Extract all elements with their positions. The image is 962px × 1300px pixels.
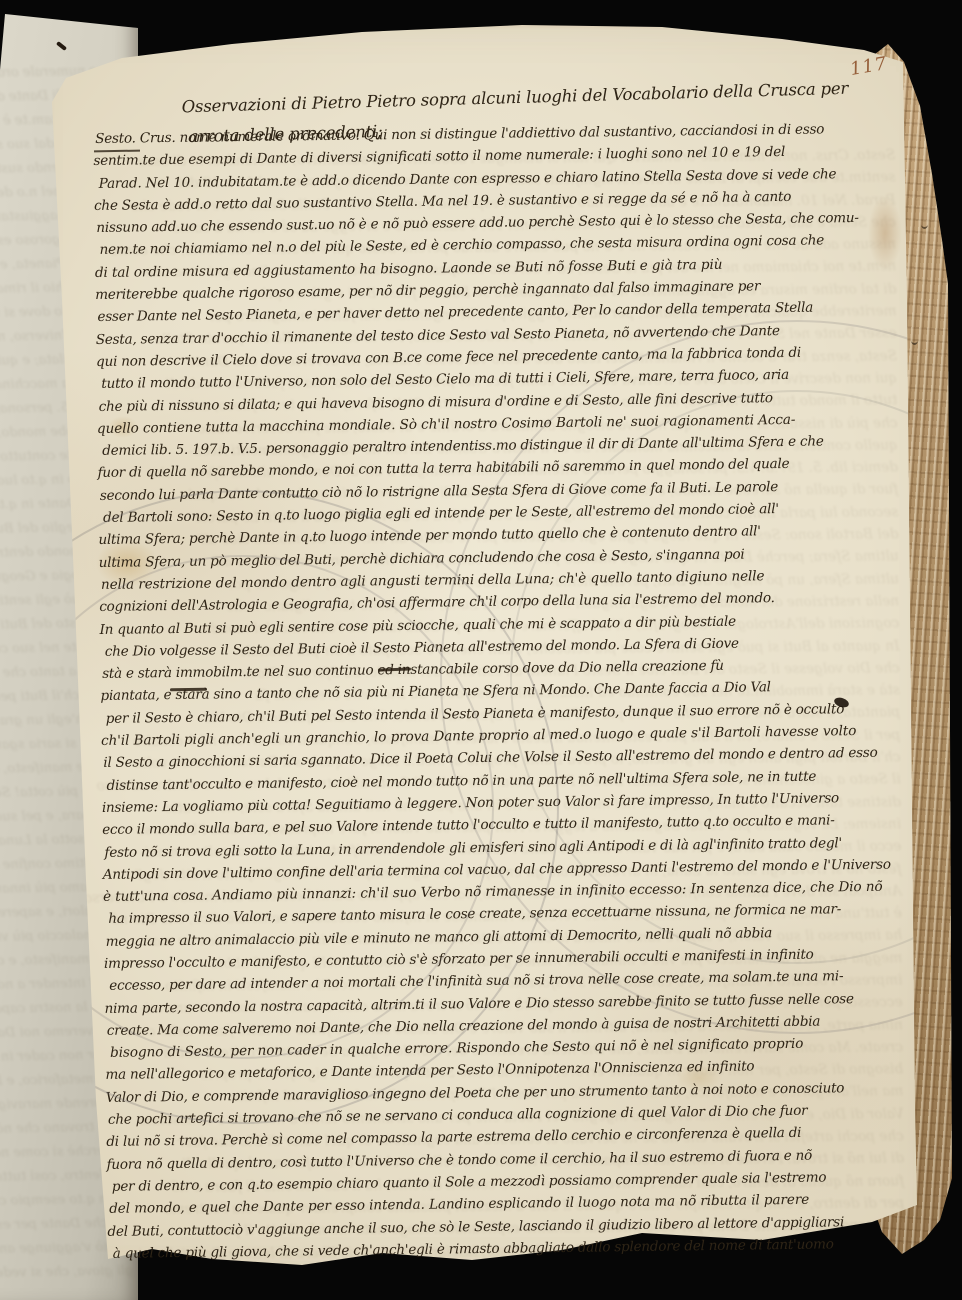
manuscript-text: Sesto. Crus. nome numerale ordinativo. Q… [93, 117, 938, 1265]
margin-ink-mark [921, 220, 928, 229]
strikethrough-correction [170, 688, 207, 692]
margin-ink-mark [911, 336, 918, 345]
manuscript-photo: Sesto. Crus. nome numerale ordinativo. Q… [0, 0, 962, 1300]
